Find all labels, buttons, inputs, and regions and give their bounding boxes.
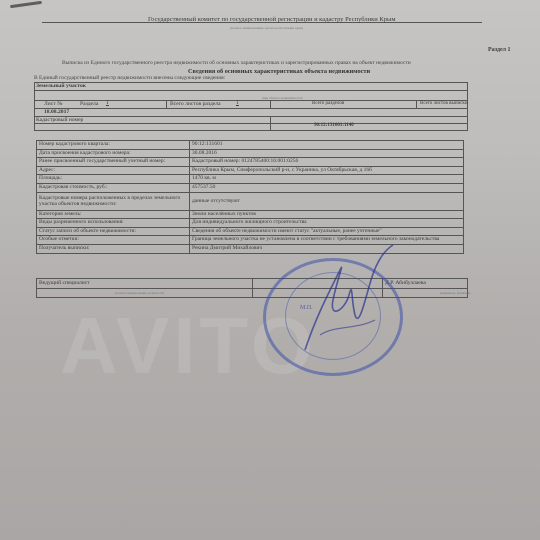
row-value: Республика Крым, Симферопольский р-н, с … bbox=[190, 166, 464, 175]
row-value: Сведения об объекте недвижимости имеют с… bbox=[190, 227, 464, 236]
cadastral-number-label: Кадастровый номер bbox=[36, 117, 83, 123]
object-type-caption: (вид объекта недвижимости) bbox=[262, 96, 302, 100]
row-label: Номер кадастрового квартала: bbox=[37, 141, 190, 150]
row-label: Категория земель: bbox=[37, 210, 190, 219]
role-caption: (полное наименование должности) bbox=[115, 291, 164, 295]
row-label: Ранее присвоенный государственный учетны… bbox=[37, 158, 190, 167]
section-word: Раздела bbox=[80, 101, 98, 107]
intro-text: В Единый государственный реестр недвижим… bbox=[34, 75, 225, 81]
table-row: Категория земель:Земли населённых пункто… bbox=[37, 210, 464, 219]
document-title: Сведения об основных характеристиках объ… bbox=[188, 68, 370, 75]
row-value: 30.08.2016 bbox=[190, 149, 464, 158]
table-row: Адрес:Республика Крым, Симферопольский р… bbox=[37, 166, 464, 175]
total-sheets-extract-label: Всего листов выписки bbox=[420, 101, 468, 106]
name-caption: (инициалы, фамилия) bbox=[440, 291, 470, 295]
row-label: Получатель выписки: bbox=[37, 244, 190, 253]
row-label: Виды разрешенного использования: bbox=[37, 219, 190, 228]
row-value: Земли населённых пунктов bbox=[190, 210, 464, 219]
row-label: Особые отметки: bbox=[37, 236, 190, 245]
row-label: Площадь: bbox=[37, 175, 190, 184]
cadastral-number: 90:12:131601:1140 bbox=[314, 123, 354, 128]
table-row: Кадастровая стоимость, руб.:457537.50 bbox=[37, 183, 464, 192]
characteristics-table: Номер кадастрового квартала:90:12:131601… bbox=[36, 140, 464, 254]
row-label: Адрес: bbox=[37, 166, 190, 175]
table-row: Виды разрешенного использования:Для инди… bbox=[37, 219, 464, 228]
row-value: данные отсутствуют bbox=[190, 192, 464, 210]
object-type: Земельный участок bbox=[36, 83, 86, 89]
table-row: Кадастровые номера расположенных в преде… bbox=[37, 192, 464, 210]
row-value: 457537.50 bbox=[190, 183, 464, 192]
handwritten-signature bbox=[285, 240, 415, 360]
table-row: Ранее присвоенный государственный учетны… bbox=[37, 158, 464, 167]
signer-role: Ведущий специалист bbox=[39, 280, 90, 286]
table-row: Дата присвоения кадастрового номера:30.0… bbox=[37, 149, 464, 158]
total-sections-label: Всего разделов bbox=[312, 101, 344, 106]
row-label: Дата присвоения кадастрового номера: bbox=[37, 149, 190, 158]
authority-caption: (полное наименование органа регистрации … bbox=[230, 26, 303, 30]
table-row: Номер кадастрового квартала:90:12:131601 bbox=[37, 141, 464, 150]
row-label: Статус записи об объекте недвижимости: bbox=[37, 227, 190, 236]
row-value: 90:12:131601 bbox=[190, 141, 464, 150]
total-sheets-section-label: Всего листов раздела bbox=[170, 101, 221, 107]
ink-smudge bbox=[10, 1, 42, 8]
section-number: 1 bbox=[106, 100, 109, 106]
row-label: Кадастровая стоимость, руб.: bbox=[37, 183, 190, 192]
row-label: Кадастровые номера расположенных в преде… bbox=[37, 192, 190, 210]
authority-name: Государственный комитет по государственн… bbox=[148, 16, 395, 23]
section-label: Раздел 1 bbox=[488, 47, 511, 53]
table-row: Площадь:1470 кв. м bbox=[37, 175, 464, 184]
row-value: Для индивидуального жилищного строительс… bbox=[190, 219, 464, 228]
row-value: 1470 кв. м bbox=[190, 175, 464, 184]
total-sheets-section-value: 1 bbox=[236, 100, 239, 106]
extract-date: 18.08.2017 bbox=[44, 109, 69, 115]
sheet-label: Лист № bbox=[44, 101, 62, 107]
table-row: Статус записи об объекте недвижимости:Св… bbox=[37, 227, 464, 236]
extract-title: Выписка из Единого государственного реес… bbox=[62, 60, 411, 66]
row-value: Кадастровый номер: 0124785400:16:001:025… bbox=[190, 158, 464, 167]
